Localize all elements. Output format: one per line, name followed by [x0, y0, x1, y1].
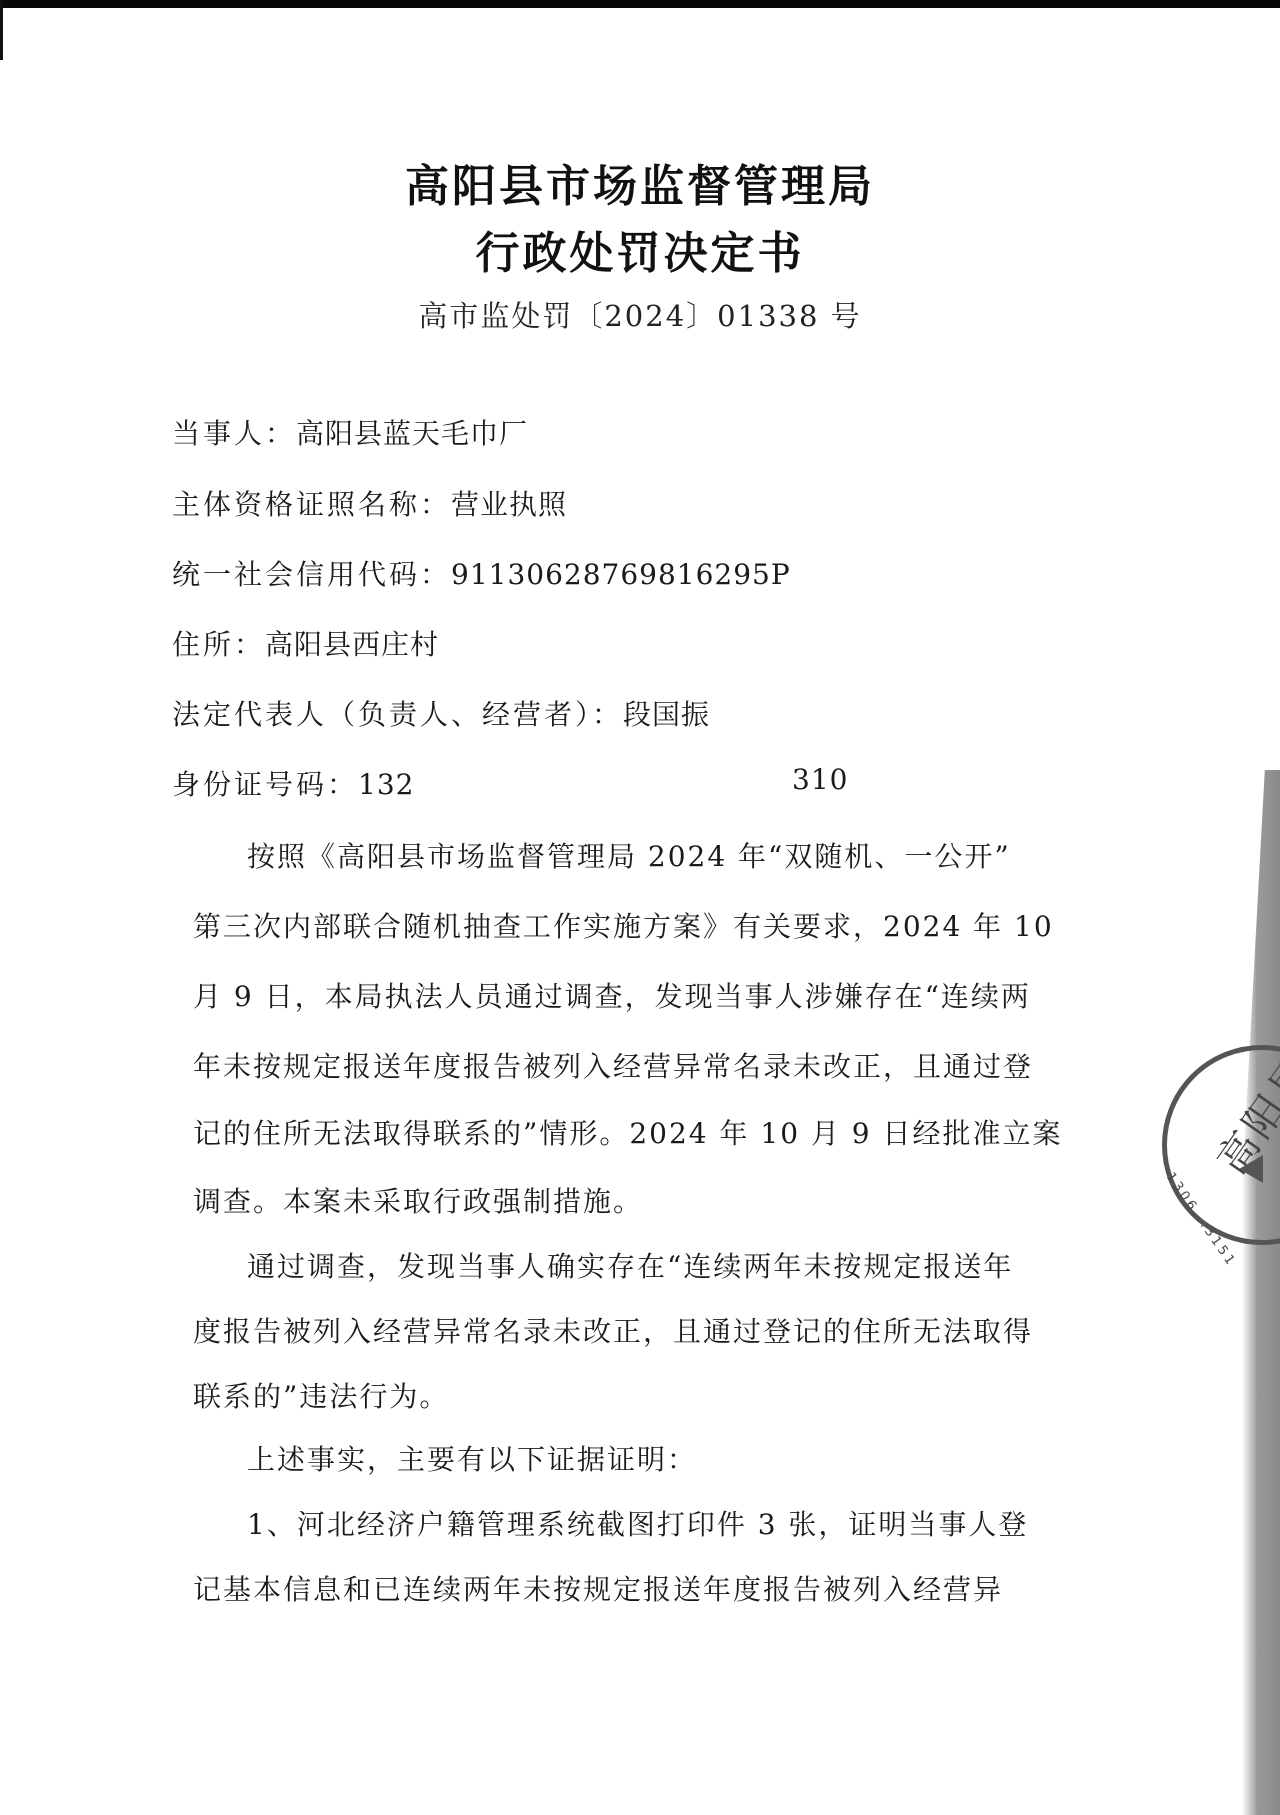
paragraph-line: 月 9 日，本局执法人员通过调查，发现当事人涉嫌存在“连续两 — [193, 975, 1031, 1015]
paragraph-line: 记的住所无法取得联系的”情形。2024 年 10 月 9 日经批准立案 — [193, 1112, 1063, 1152]
field-label: 统一社会信用代码： — [172, 558, 451, 591]
official-seal-stamp: 高阳县 1306...3151 — [1162, 1045, 1280, 1245]
field-label: 当事人： — [172, 417, 296, 450]
paragraph-line: 上述事实，主要有以下证据证明： — [247, 1438, 697, 1478]
field-credit-code: 统一社会信用代码：91130628769816295P — [172, 553, 791, 593]
document-title-type: 行政处罚决定书 — [0, 217, 1280, 281]
paragraph-line: 年未按规定报送年度报告被列入经营异常名录未改正，且通过登 — [193, 1045, 1033, 1085]
scan-right-edge-shadow — [1242, 770, 1280, 1815]
field-value: 高阳县西庄村 — [265, 628, 439, 661]
paragraph-line: 1、河北经济户籍管理系统截图打印件 3 张，证明当事人登 — [247, 1503, 1028, 1543]
paragraph-line: 调查。本案未采取行政强制措施。 — [193, 1180, 643, 1220]
field-party: 当事人：高阳县蓝天毛巾厂 — [172, 412, 528, 452]
field-legal-rep: 法定代表人（负责人、经营者）：段国振 — [172, 693, 710, 733]
field-value: 段国振 — [623, 698, 710, 731]
field-license-name: 主体资格证照名称：营业执照 — [172, 483, 567, 523]
stamp-code: 1306...3151 — [1163, 1170, 1239, 1270]
paragraph-line: 联系的”违法行为。 — [193, 1375, 449, 1415]
paragraph-line: 按照《高阳县市场监督管理局 2024 年“双随机、一公开” — [247, 835, 1011, 875]
field-value-suffix: 310 — [792, 763, 848, 796]
field-value: 91130628769816295P — [451, 558, 791, 591]
field-label: 住所： — [172, 628, 265, 661]
field-id-number: 身份证号码：132 310 — [172, 763, 872, 803]
paragraph-line: 记基本信息和已连续两年未按规定报送年度报告被列入经营异 — [193, 1568, 1003, 1608]
document-title-agency: 高阳县市场监督管理局 — [0, 150, 1280, 214]
document-number: 高市监处罚〔2024〕01338 号 — [0, 294, 1280, 335]
field-label: 法定代表人（负责人、经营者）： — [172, 698, 623, 731]
field-address: 住所：高阳县西庄村 — [172, 623, 439, 663]
scan-top-edge — [0, 0, 1280, 8]
field-label: 身份证号码： — [172, 768, 358, 801]
field-value: 营业执照 — [451, 488, 567, 521]
paragraph-line: 第三次内部联合随机抽查工作实施方案》有关要求，2024 年 10 — [193, 905, 1054, 945]
field-label: 主体资格证照名称： — [172, 488, 451, 521]
field-value-prefix: 132 — [358, 768, 414, 801]
star-icon — [1239, 1155, 1263, 1183]
paragraph-line: 度报告被列入经营异常名录未改正，且通过登记的住所无法取得 — [193, 1310, 1033, 1350]
field-value: 高阳县蓝天毛巾厂 — [296, 417, 528, 450]
paragraph-line: 通过调查，发现当事人确实存在“连续两年未按规定报送年 — [247, 1245, 1013, 1285]
scan-left-edge — [0, 0, 3, 60]
